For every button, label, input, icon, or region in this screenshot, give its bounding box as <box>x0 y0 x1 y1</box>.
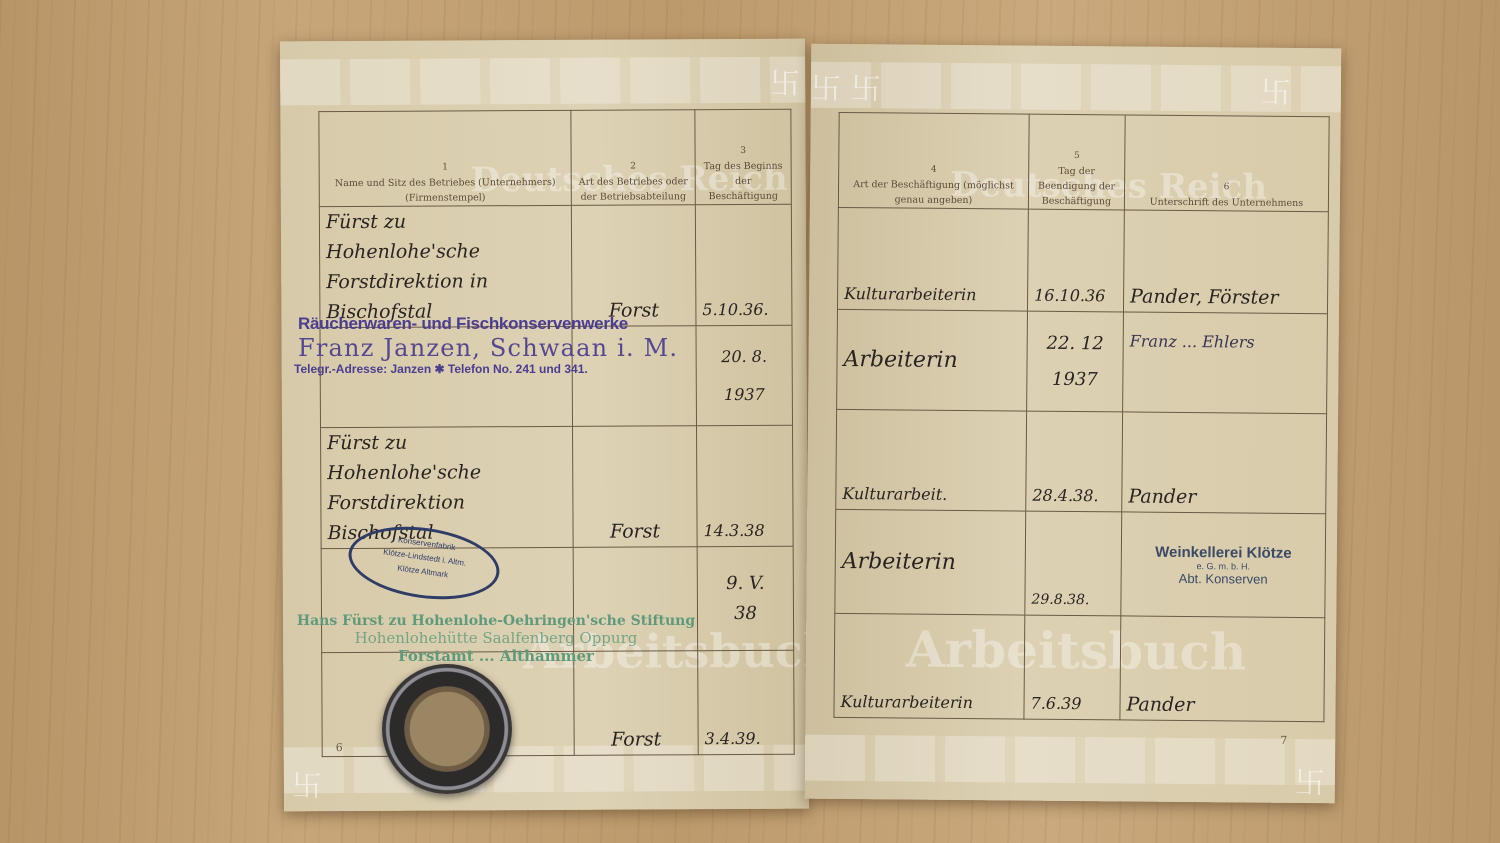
column-header-job-type: 4Art der Beschäftigung (möglichst genau … <box>838 112 1029 209</box>
signature-stamp-weinkellerei: Weinkellerei Klötze e. G. m. b. H. Abt. … <box>1121 512 1326 618</box>
business-type-cell: Forst <box>573 426 698 548</box>
job-type-cell: Arbeiterin <box>835 509 1026 615</box>
emblem-icon: 卐 <box>851 64 881 108</box>
job-type-cell: Kulturarbeit. <box>836 409 1027 511</box>
emblem-icon: 卐 <box>292 761 322 805</box>
signature-cell: Franz ... Ehlers <box>1123 312 1328 414</box>
column-header-signature: 6Unterschrift des Unternehmens <box>1124 115 1329 212</box>
job-type-cell: Kulturarbeiterin <box>837 207 1028 311</box>
coin-object <box>382 664 512 794</box>
table-row: Kulturarbeiterin 7.6.39 Pander <box>834 613 1325 721</box>
business-type-cell: Forst <box>574 651 699 756</box>
business-type-cell: Forst <box>571 205 696 327</box>
job-type-cell: Kulturarbeiterin <box>834 613 1025 719</box>
column-header-end-date: 5Tag der Beendigung der Beschäftigung <box>1028 114 1125 210</box>
signature-cell: Pander <box>1122 412 1327 514</box>
table-row: Arbeiterin 29.8.38. Weinkellerei Klötze … <box>835 509 1326 617</box>
column-header-business-type: 2Art des Betriebes oder der Betriebsabte… <box>571 110 695 206</box>
end-date-cell: 28.4.38. <box>1026 411 1123 512</box>
table-header-row: 1Name und Sitz des Betriebes (Unternehme… <box>319 109 791 206</box>
start-date-cell: 3.4.39. <box>698 650 795 755</box>
company-stamp-hohenlohe-green: Hans Fürst zu Hohenlohe-Oehringen'sche S… <box>296 613 696 665</box>
table-row: Kulturarbeit. 28.4.38. Pander <box>836 409 1327 513</box>
emblem-icon: 卐 <box>770 59 800 103</box>
column-header-company: 1Name und Sitz des Betriebes (Unternehme… <box>319 110 571 206</box>
decorative-border-top <box>280 57 805 106</box>
company-cell: Fürst zu Hohenlohe'sche Forstdirektion i… <box>319 205 572 327</box>
job-type-cell: Arbeiterin <box>837 309 1028 411</box>
signature-cell: Pander <box>1120 616 1325 722</box>
table-row: Arbeiterin 22. 121937 Franz ... Ehlers <box>837 309 1328 413</box>
emblem-icon: 卐 <box>811 64 841 108</box>
page-number: 7 <box>1280 734 1287 747</box>
end-date-cell: 29.8.38. <box>1025 511 1122 616</box>
start-date-cell: 14.3.38 <box>697 425 794 547</box>
emblem-icon: 卐 <box>1261 68 1291 112</box>
end-date-cell: 16.10.36 <box>1027 209 1124 312</box>
end-date-cell: 22. 121937 <box>1027 311 1124 412</box>
company-stamp-janzen: Räucherwaren- und Fischkonservenwerke Fr… <box>294 314 714 376</box>
emblem-icon: 卐 <box>1295 758 1325 802</box>
decorative-border-bottom <box>805 735 1335 786</box>
start-date-cell: 5.10.36. <box>695 204 792 326</box>
table-row: Kulturarbeiterin 16.10.36 Pander, Förste… <box>837 207 1328 313</box>
employment-table-right: 4Art der Beschäftigung (möglichst genau … <box>833 112 1329 722</box>
start-date-cell: 9. V.38 <box>697 546 794 651</box>
signature-cell: Pander, Förster <box>1123 210 1328 314</box>
end-date-cell: 7.6.39 <box>1024 615 1121 720</box>
right-page: 卐 卐 卐 卐 Deutsches Reich Arbeitsbuch 4Art… <box>805 44 1342 804</box>
table-header-row: 4Art der Beschäftigung (möglichst genau … <box>838 112 1329 211</box>
left-page: 卐 卐 Deutsches Reich Arbeitsbuch 1Name un… <box>280 39 809 812</box>
column-header-start-date: 3Tag des Beginns der Beschäftigung <box>695 109 791 205</box>
page-number: 6 <box>336 741 343 754</box>
table-row: Fürst zu Hohenlohe'sche Forstdirektion i… <box>319 204 792 327</box>
